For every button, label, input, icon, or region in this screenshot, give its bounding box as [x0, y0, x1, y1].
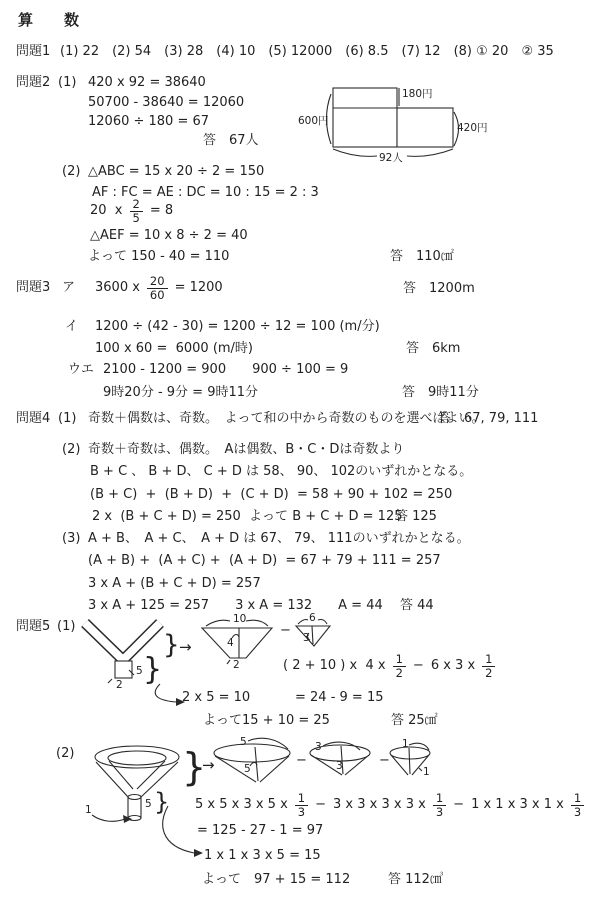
- p2-area-diagram: 600円 180円 420円 92人: [295, 78, 500, 168]
- cone3-label-h1: 1: [423, 766, 430, 778]
- p4-1-label: (1): [58, 412, 76, 427]
- p5-2-cone3-figure: 1 1: [388, 740, 438, 780]
- p3-a-line: 3600 x 2060 = 1200: [95, 275, 223, 302]
- fraction-20-60: 2060: [147, 275, 168, 302]
- trapezoid-label-10: 10: [233, 613, 246, 625]
- p2-1-line2: 50700 - 38640 = 12060: [88, 96, 244, 111]
- p2-2-label: (2): [62, 165, 80, 180]
- p5-1-line2: 2 x 5 = 10: [182, 691, 250, 706]
- funnel-label-5: 5: [145, 798, 152, 810]
- p4-2-line2: B + C 、 B + D、 C + D は 58、 90、 102のいずれかと…: [90, 465, 472, 480]
- p5-1-eq-f1: ( 2 + 10 ) x 4 x: [283, 659, 386, 674]
- diagram-left-rect: [333, 88, 397, 147]
- p3-label: 問題3: [16, 281, 50, 296]
- p4-2-label: (2): [62, 443, 80, 458]
- p2-2-line3-pre: 20 x: [90, 204, 123, 219]
- p5-2-cone1-figure: 5 5: [212, 735, 304, 787]
- p3-i-label: イ: [65, 320, 78, 335]
- p5-1-line4: よって15 + 10 = 25: [203, 714, 330, 729]
- p2-2-line4: △AEF = 10 x 8 ÷ 2 = 40: [90, 229, 248, 244]
- p5-1-line3: = 24 - 9 = 15: [295, 691, 384, 706]
- fraction-1-2b: 12: [482, 653, 495, 680]
- p5-2-eq-minus1: −: [315, 798, 326, 813]
- fraction-2-5: 25: [130, 198, 143, 225]
- p3-a-post: = 1200: [175, 281, 223, 296]
- p4-2-answer: 答 125: [395, 510, 437, 525]
- p5-1-triangle-figure: 6 3: [292, 612, 338, 652]
- p5-1-trapezoid-figure: 10 4 2: [196, 612, 284, 670]
- y-shape-label-2: 2: [116, 679, 123, 691]
- fraction-1-3a: 13: [295, 792, 308, 819]
- p5-1-equation: ( 2 + 10 ) x 4 x 12 − 6 x 3 x 12: [283, 653, 495, 680]
- p3-i-line2: 100 x 60 = 6000 (m/時): [95, 342, 253, 357]
- p3-a-label: ア: [62, 281, 75, 296]
- p3-a-pre: 3600 x: [95, 281, 140, 296]
- p5-2-label: (2): [56, 747, 74, 762]
- p2-label: 問題2: [16, 76, 50, 91]
- funnel-label-1: 1: [85, 804, 92, 816]
- p5-1-eq-f3: 6 x 3 x: [431, 659, 475, 674]
- p2-1-label: (1): [58, 76, 76, 91]
- fraction-1-2a: 12: [393, 653, 406, 680]
- p2-1-line3: 12060 ÷ 180 = 67: [88, 115, 209, 130]
- p5-2-minus1: −: [296, 754, 307, 769]
- y-shape-stem-rect: [115, 661, 132, 678]
- p5-2-line2: = 125 - 27 - 1 = 97: [197, 824, 323, 839]
- p4-2-line1: 奇数＋奇数は、偶数。 Aは偶数、B・C・Dは奇数より: [88, 443, 404, 458]
- p3-a-answer: 答 1200m: [403, 282, 475, 297]
- p5-1-label: (1): [57, 620, 75, 635]
- p4-3-label: (3): [62, 532, 80, 547]
- trapezoid-label-2: 2: [233, 659, 240, 671]
- p5-2-eq-minus2: −: [453, 798, 464, 813]
- cone1-label-h5: 5: [244, 763, 251, 775]
- page-title: 算 数: [18, 12, 87, 29]
- p3-i-answer: 答 6km: [406, 342, 460, 357]
- p3-ue-answer: 答 9時11分: [402, 386, 479, 401]
- p5-2-line3: 1 x 1 x 3 x 5 = 15: [204, 849, 321, 864]
- diagram-right-rect: [397, 108, 453, 147]
- p1-label: 問題1: [16, 45, 50, 60]
- p5-2-eq-f5: 1 x 1 x 3 x 1 x: [471, 798, 564, 813]
- diagram-label-420yen: 420円: [457, 122, 488, 134]
- p5-label: 問題5: [16, 620, 50, 635]
- p5-2-eq-f1: 5 x 5 x 3 x 5 x: [195, 798, 288, 813]
- p4-3-line2: (A + B) + (A + C) + (A + D) = 67 + 79 + …: [88, 554, 441, 569]
- diagram-label-92people: 92人: [379, 151, 403, 164]
- p5-1-brace-1: }: [163, 632, 180, 658]
- p4-label: 問題4: [16, 412, 50, 427]
- p4-3-line3: 3 x A + (B + C + D) = 257: [88, 577, 261, 592]
- p3-ue-line2: 9時20分 - 9分 = 9時11分: [103, 386, 258, 401]
- p4-1-text: 奇数＋偶数は、奇数。 よって和の中から奇数のものを選べばよい。: [88, 412, 485, 427]
- p4-2-line3: (B + C) + (B + D) + (C + D) = 58 + 90 + …: [90, 488, 452, 503]
- p5-2-cone2-figure: 3 3: [308, 740, 378, 782]
- p4-3-answer: 答 44: [400, 599, 434, 614]
- p5-1-answer: 答 25㎠: [391, 714, 438, 729]
- p5-2-line4: よって 97 + 15 = 112: [202, 873, 350, 888]
- cone3-label-r1: 1: [402, 738, 409, 750]
- p4-3-line1: A + B、 A + C、 A + D は 67、 79、 111のいずれかとな…: [88, 532, 470, 547]
- diagram-label-600yen: 600円: [298, 115, 329, 127]
- cone2-label-r3: 3: [315, 741, 322, 753]
- p5-1-arrow: →: [179, 639, 192, 656]
- diagram-label-180yen: 180円: [402, 88, 433, 100]
- fraction-1-3b: 13: [433, 792, 446, 819]
- p2-1-line1: 420 x 92 = 38640: [88, 76, 206, 91]
- p3-ue-line1: 2100 - 1200 = 900 900 ÷ 100 = 9: [103, 363, 348, 378]
- p2-2-line3-post: = 8: [150, 204, 173, 219]
- p4-2-line4: 2 x (B + C + D) = 250 よって B + C + D = 12…: [92, 510, 402, 525]
- p4-1-answer: 答 67, 79, 111: [438, 412, 538, 427]
- triangle-label-6: 6: [309, 612, 316, 624]
- answer-sheet-page: 算 数 問題1 (1) 22 (2) 54 (3) 28 (4) 10 (5) …: [0, 0, 600, 900]
- cone2-label-h3: 3: [336, 760, 343, 772]
- p2-2-line3: 20 x 25 = 8: [90, 198, 173, 225]
- p3-ue-label: ウエ: [68, 363, 94, 378]
- fraction-1-3c: 13: [571, 792, 584, 819]
- p5-1-brace-2: }: [143, 655, 162, 685]
- p2-2-line1: △ABC = 15 x 20 ÷ 2 = 150: [88, 165, 264, 180]
- trapezoid-label-4: 4: [227, 637, 234, 649]
- triangle-label-3: 3: [303, 632, 310, 644]
- p3-i-line1: 1200 ÷ (42 - 30) = 1200 ÷ 12 = 100 (m/分): [95, 320, 380, 335]
- cone1-label-r5: 5: [240, 736, 247, 748]
- p5-2-answer: 答 112㎤: [388, 873, 443, 888]
- p1-answers: (1) 22 (2) 54 (3) 28 (4) 10 (5) 12000 (6…: [60, 45, 554, 60]
- y-shape-label-5: 5: [136, 665, 143, 677]
- p2-1-answer: 答 67人: [203, 134, 259, 149]
- p5-1-eq-minus: −: [413, 659, 424, 674]
- p5-2-equation: 5 x 5 x 3 x 5 x 13 − 3 x 3 x 3 x 3 x 13 …: [195, 792, 584, 819]
- p5-2-eq-f3: 3 x 3 x 3 x 3 x: [333, 798, 426, 813]
- p2-2-answer: 答 110㎠: [390, 250, 454, 265]
- p5-1-minus-figure: −: [280, 624, 291, 639]
- p2-2-line5: よって 150 - 40 = 110: [88, 250, 229, 265]
